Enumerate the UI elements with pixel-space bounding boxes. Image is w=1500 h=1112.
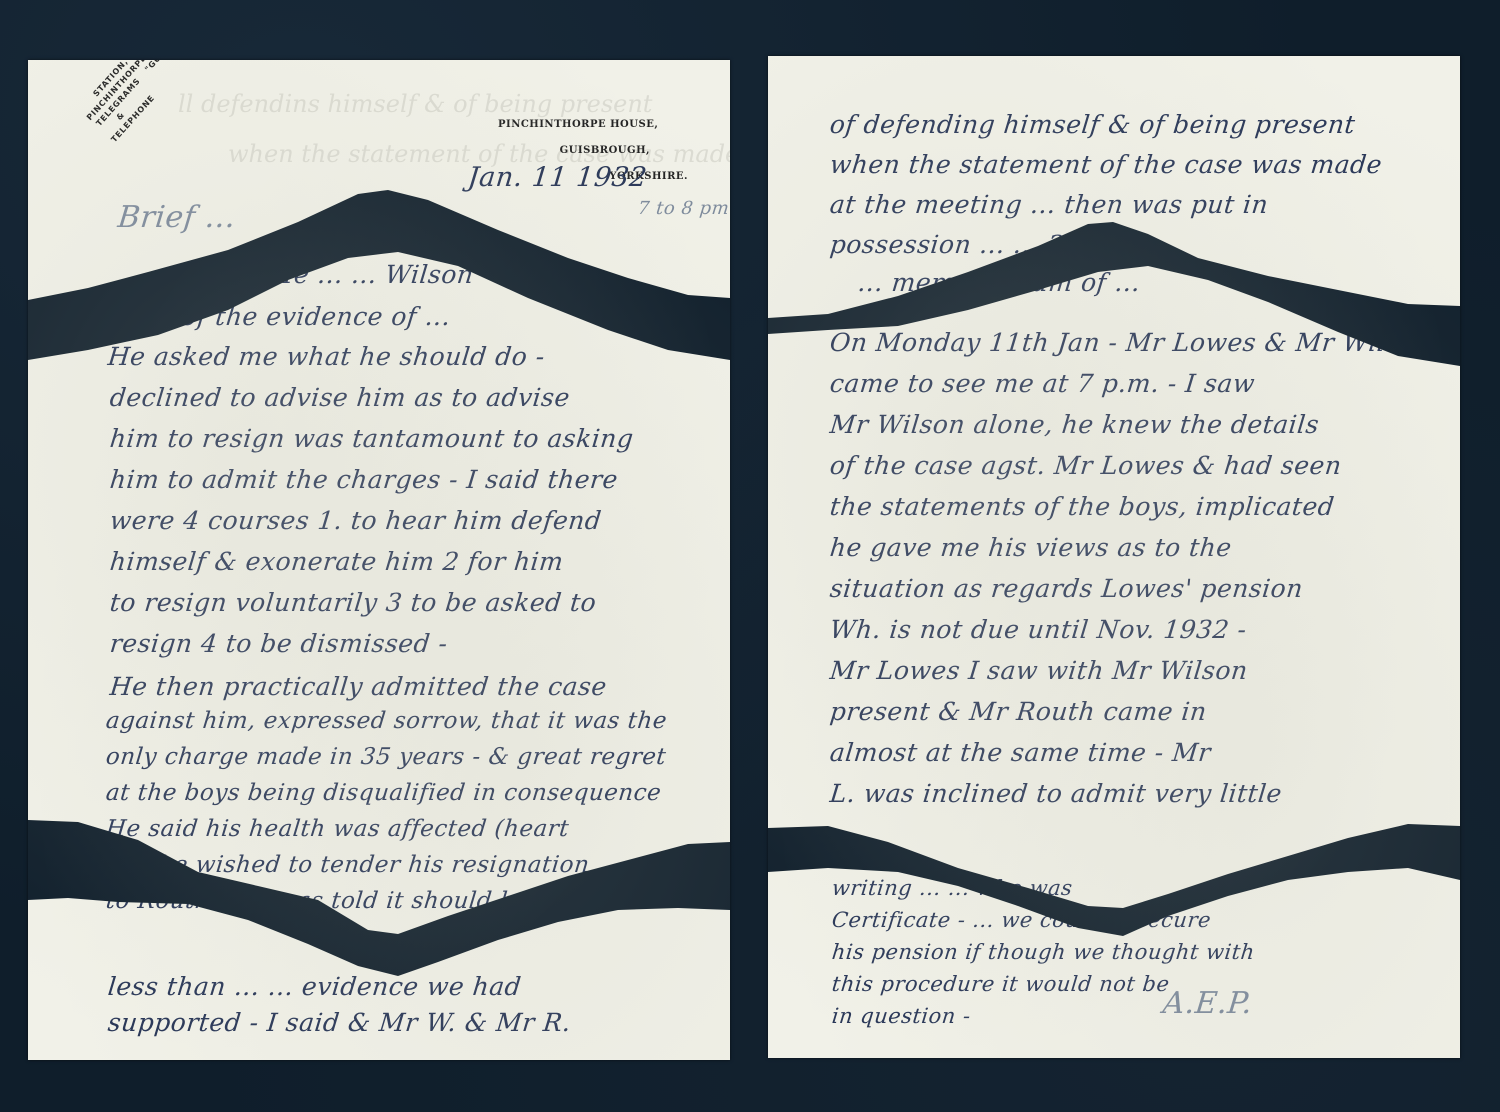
right-line-6: On Monday 11th Jan - Mr Lowes & Mr Wilso…	[828, 328, 1432, 357]
right-line-22: his pension if though we thought with	[831, 940, 1256, 964]
letterhead-house: PINCHINTHORPE HOUSE,	[498, 112, 688, 138]
line-11: resign 4 to be dismissed -	[108, 629, 449, 658]
line-22: less than ... ... evidence we had	[106, 972, 522, 1001]
torn-gap-bottom	[28, 780, 730, 980]
right-line-17: L. was inclined to admit very little	[828, 779, 1283, 808]
letter-date: Jan. 11 1932	[466, 162, 648, 193]
line-14: only charge made in 35 years - & great r…	[105, 744, 668, 770]
right-line-11: he gave me his views as to the	[828, 533, 1233, 562]
letter-page-left: ll defendins himself & of being present …	[28, 60, 730, 1060]
right-line-24: in question -	[831, 1004, 972, 1028]
right-line-7: came to see me at 7 p.m. - I saw	[828, 369, 1256, 398]
right-line-23: this procedure it would not be	[831, 972, 1171, 996]
line-8: were 4 courses 1. to hear him defend	[108, 506, 603, 535]
right-line-9: of the case agst. Mr Lowes & had seen	[828, 451, 1343, 480]
line-17: and he wished to tender his resignation	[105, 852, 591, 878]
line-23: supported - I said & Mr W. & Mr R.	[106, 1008, 572, 1037]
right-line-15: present & Mr Routh came in	[828, 697, 1208, 726]
right-line-3: at the meeting ... then was put in	[828, 190, 1269, 219]
line-1: Brief ...	[116, 200, 237, 235]
line-16: He said his health was affected (heart	[105, 816, 571, 842]
right-line-4: possession ... ... 3 boys -	[828, 230, 1151, 259]
line-7: him to admit the charges - I said there	[108, 465, 619, 494]
right-line-2: when the statement of the case was made	[828, 150, 1383, 179]
line-13: against him, expressed sorrow, that it w…	[105, 708, 669, 734]
right-line-1: of defending himself & of being present	[828, 110, 1356, 139]
right-line-19: writing ... ... who was	[831, 876, 1074, 900]
signature-initials: A.E.P.	[1161, 986, 1254, 1021]
line-3: ... of the evidence of ...	[146, 302, 452, 331]
line-12: He then practically admitted the case	[108, 672, 608, 701]
right-line-16: almost at the same time - Mr	[828, 738, 1212, 767]
line-4: He asked me what he should do -	[106, 342, 546, 371]
right-line-8: Mr Wilson alone, he knew the details	[828, 410, 1320, 439]
line-2: ... He ... ... Wilson	[236, 260, 475, 289]
time-note: 7 to 8 pm	[637, 198, 730, 219]
line-6: him to resign was tantamount to asking	[108, 424, 635, 453]
line-10: to resign voluntarily 3 to be asked to	[108, 588, 597, 617]
line-18: to Routh - He was told it should be in	[105, 888, 562, 914]
letterhead-town: GUISBROUGH,	[498, 138, 688, 164]
line-5: declined to advise him as to advise	[108, 383, 571, 412]
right-line-13: Wh. is not due until Nov. 1932 -	[828, 615, 1248, 644]
right-line-12: situation as regards Lowes' pension	[828, 574, 1304, 603]
right-line-5: ... memorandum of ...	[856, 268, 1141, 297]
right-line-20: Certificate - ... we could to secure	[831, 908, 1213, 932]
line-15: at the boys being disqualified in conseq…	[105, 780, 663, 806]
line-9: himself & exonerate him 2 for him	[108, 547, 564, 576]
right-line-14: Mr Lowes I saw with Mr Wilson	[828, 656, 1249, 685]
right-line-10: the statements of the boys, implicated	[828, 492, 1335, 521]
letter-page-right: of defending himself & of being present …	[768, 56, 1460, 1058]
